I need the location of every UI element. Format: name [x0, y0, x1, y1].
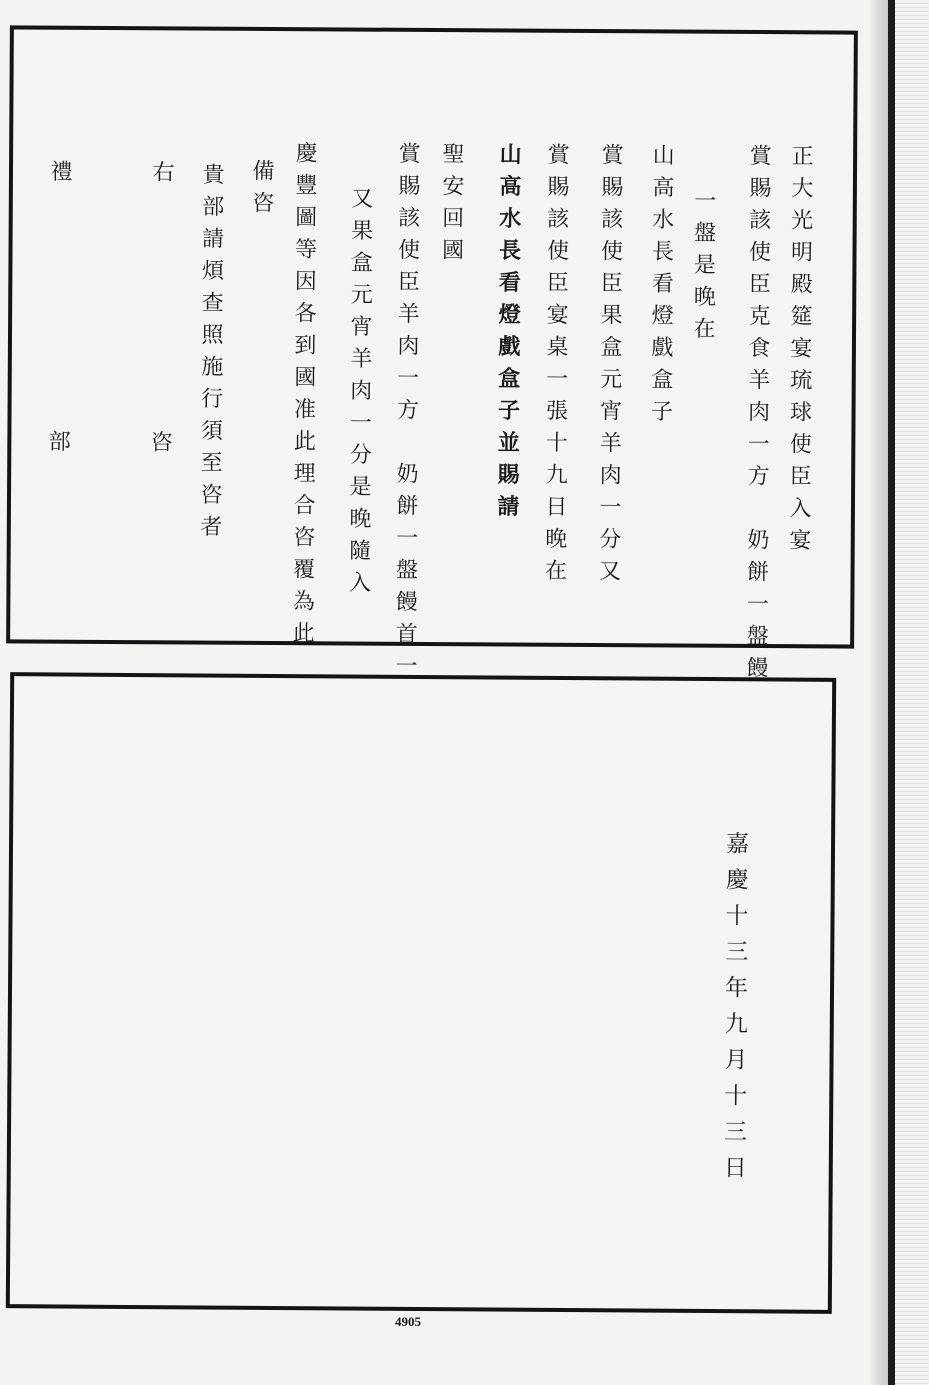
text-column-13: 貴部請煩查照施行須至咨者 [198, 163, 222, 547]
bottom-document-frame: 嘉慶十三年九月十三日 [6, 672, 836, 1314]
text-column-8: 聖安回國 [439, 142, 462, 270]
text-column-14: 右 咨 [148, 160, 172, 457]
text-column-10: 又果盒元宵羊肉一分是晚隨入 [346, 186, 371, 602]
text-column-4: 山高水長看燈戲盒子 [648, 143, 672, 431]
binding-spine-line [888, 0, 895, 1385]
binding-shadow [870, 0, 888, 1385]
text-column-3: 一盤是晚在 [691, 189, 714, 349]
text-column-12: 備咨 [250, 159, 272, 223]
text-column-6: 賞賜該使臣宴桌一張十九日晚在 [542, 143, 567, 591]
text-column-9: 賞賜該使臣羊肉一方 奶餅一盤饅首一盤 [393, 142, 419, 718]
text-column-11: 慶豐圖等因各到國准此理合咨覆為此 [290, 141, 315, 653]
text-column-7: 山高水長看燈戲盒子並賜請 [496, 142, 520, 526]
text-column-1: 正大光明殿筵宴琉球使臣入宴 [787, 144, 812, 560]
page-edge [895, 0, 929, 1385]
text-column-15: 禮 部 [46, 160, 70, 457]
text-column-5: 賞賜該使臣果盒元宵羊肉一分又 [596, 143, 621, 591]
date-line: 嘉慶十三年九月十三日 [721, 831, 747, 1191]
text-column-2: 賞賜該使臣克食羊肉一方 奶餅一盤饅首 [744, 144, 770, 720]
page-number: 4905 [395, 1314, 421, 1330]
top-document-frame: 正大光明殿筵宴琉球使臣入宴 賞賜該使臣克食羊肉一方 奶餅一盤饅首 一盤是晚在 山… [6, 25, 858, 648]
scanned-page: 正大光明殿筵宴琉球使臣入宴 賞賜該使臣克食羊肉一方 奶餅一盤饅首 一盤是晚在 山… [0, 0, 929, 1385]
